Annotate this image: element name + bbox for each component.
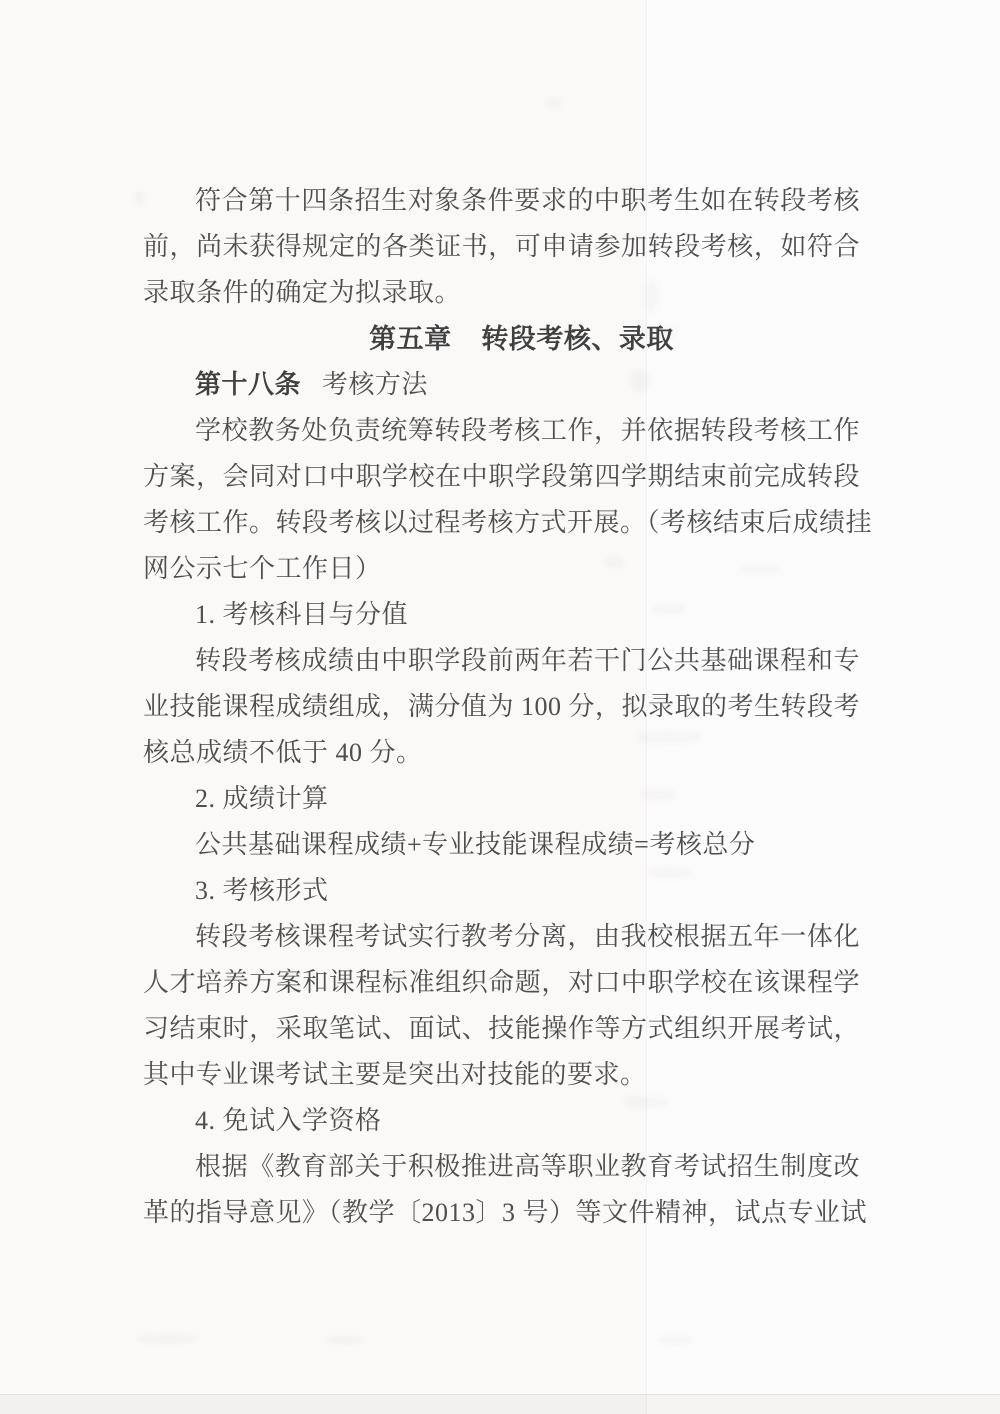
paragraph-line: 考核工作。转段考核以过程考核方式开展。（考核结束后成绩挂 [143,500,860,546]
paragraph-line: 1. 考核科目与分值 [143,592,860,638]
paragraph-line: 核总成绩不低于 40 分。 [143,730,860,776]
paragraph-line: 3. 考核形式 [143,868,860,914]
paragraph-line: 转段考核课程考试实行教考分离，由我校根据五年一体化 [143,914,860,960]
scan-smudge-artifact [658,1336,692,1345]
paragraph-line: 根据《教育部关于积极推进高等职业教育考试招生制度改 [143,1144,860,1190]
scan-smudge-artifact [326,1336,364,1345]
paragraph-line: 转段考核成绩由中职学段前两年若干门公共基础课程和专 [143,638,860,684]
paragraph-line: 公共基础课程成绩+专业技能课程成绩=考核总分 [143,822,860,868]
scanned-document-page: { "page": { "background_color": "#faf9f8… [0,0,1000,1414]
paragraph-line: 网公示七个工作日） [143,546,860,592]
paragraph-line: 方案，会同对口中职学校在中职学段第四学期结束前完成转段 [143,454,860,500]
paragraph-line: 符合第十四条招生对象条件要求的中职考生如在转段考核 [143,178,860,224]
paragraph-line: 业技能课程成绩组成，满分值为 100 分，拟录取的考生转段考 [143,684,860,730]
paragraph-line: 学校教务处负责统筹转段考核工作，并依据转段考核工作 [143,408,860,454]
paragraph-line: 2. 成绩计算 [143,776,860,822]
article-title: 考核方法 [322,370,428,399]
scan-smudge-artifact [545,98,561,108]
page-bottom-edge-artifact [0,1394,1000,1414]
paragraph-line: 习结束时，采取笔试、面试、技能操作等方式组织开展考试， [143,1006,860,1052]
paragraph-line: 革的指导意见》（教学〔2013〕3 号）等文件精神，试点专业试 [143,1190,860,1236]
paragraph-line: 前，尚未获得规定的各类证书，可申请参加转段考核，如符合 [143,224,860,270]
chapter-number: 第五章 [369,324,452,354]
scan-smudge-artifact [136,1334,198,1343]
paragraph-line: 人才培养方案和课程标准组织命题，对口中职学校在该课程学 [143,960,860,1006]
chapter-heading: 第五章转段考核、录取 [143,316,860,362]
article-heading: 第十八条考核方法 [143,362,860,408]
paragraph-line: 录取条件的确定为拟录取。 [143,270,860,316]
chapter-title: 转段考核、录取 [481,324,674,354]
paragraph-line: 4. 免试入学资格 [143,1098,860,1144]
paragraph-line: 其中专业课考试主要是突出对技能的要求。 [143,1052,860,1098]
article-number: 第十八条 [195,370,301,399]
document-body: 符合第十四条招生对象条件要求的中职考生如在转段考核前，尚未获得规定的各类证书，可… [143,178,860,1236]
